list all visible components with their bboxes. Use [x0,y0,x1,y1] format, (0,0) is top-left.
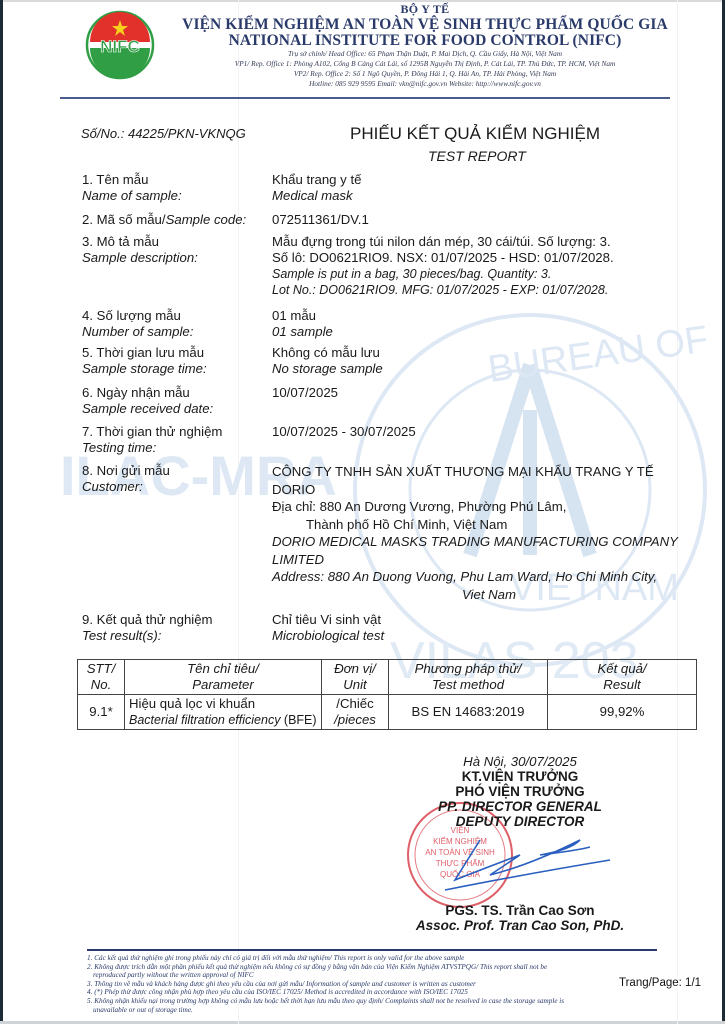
sample-code-label: 2. Mã số mẫu/Sample code: [82,212,282,228]
institute-name-en: NATIONAL INSTITUTE FOR FOOD CONTROL (NIF… [140,33,710,49]
customer-address-vn: Địa chỉ: 880 An Dương Vương, Phường Phú … [272,498,712,516]
header-unit: Đơn vị/Unit [322,660,389,695]
institute-name-vn: VIỆN KIỂM NGHIỆM AN TOÀN VỆ SINH THỰC PH… [140,16,710,33]
footer-notes: 1. Các kết quả thử nghiệm ghi trong phiế… [87,954,647,1014]
storage-time-value: Không có mẫu lưu No storage sample [272,345,712,377]
table-header-row: STT/No. Tên chỉ tiêu/Parameter Đơn vị/Un… [78,660,697,695]
customer-label: 8. Nơi gửi mẫu Customer: [82,463,272,495]
signer-title-vn-1: KT.VIỆN TRƯỞNG [400,769,640,784]
report-title-en: TEST REPORT [428,148,526,164]
report-title-vn: PHIẾU KẾT QUẢ KIỂM NGHIỆM [350,124,600,144]
signer-title-en-1: PP. DIRECTOR GENERAL [400,799,640,814]
test-result-label: 9. Kết quả thử nghiệm Test result(s): [82,612,272,644]
header-method: Phương pháp thử/Test method [389,660,548,695]
header-no: STT/No. [78,660,125,695]
sample-quantity-value: 01 mẫu 01 sample [272,308,712,340]
received-date-label: 6. Ngày nhận mẫu Sample received date: [82,385,272,417]
cell-method: BS EN 14683:2019 [389,695,548,730]
customer-value: CÔNG TY TNHH SẢN XUẤT THƯƠNG MẠI KHẨU TR… [272,463,712,603]
header-divider [60,97,670,99]
cell-result: 99,92% [548,695,697,730]
header-result: Kết quả/Result [548,660,697,695]
footer-divider [87,949,657,951]
fold-line [238,0,239,1024]
test-result-value: Chỉ tiêu Vi sinh vật Microbiological tes… [272,612,712,644]
sample-description-value: Mẫu đựng trong túi nilon dán mép, 30 cái… [272,234,712,298]
ministry-name: BỘ Y TẾ [140,3,710,16]
page-edge-top [0,0,725,2]
testing-time-value: 10/07/2025 - 30/07/2025 [272,424,712,440]
cell-parameter: Hiệu quả lọc vi khuẩn Bacterial filtrati… [125,695,322,730]
customer-name-en: DORIO MEDICAL MASKS TRADING MANUFACTURIN… [272,533,712,551]
received-date-value: 10/07/2025 [272,385,712,401]
signer-name-vn: PGS. TS. Trần Cao Sơn [400,903,640,918]
page-number: Trang/Page: 1/1 [618,977,701,989]
signature-block: Hà Nội, 30/07/2025 KT.VIỆN TRƯỞNG PHÓ VI… [400,754,640,829]
testing-time-label: 7. Thời gian thử nghiệm Testing time: [82,424,272,456]
customer-name-vn: CÔNG TY TNHH SẢN XUẤT THƯƠNG MẠI KHẨU TR… [272,463,712,481]
sample-name-value: Khẩu trang y tế Medical mask [272,172,712,204]
head-office: Trụ sở chính/ Head Office: 65 Phạm Thận … [140,49,710,59]
handwritten-signature [440,835,620,895]
sample-description-label: 3. Mô tả mẫu Sample description: [82,234,272,266]
signer-title-en-2: DEPUTY DIRECTOR [400,814,640,829]
customer-address-en: Address: 880 An Duong Vuong, Phu Lam War… [272,568,712,586]
rep-office-1: VP1/ Rep. Office 1: Phòng A102, Cổng B C… [140,59,710,69]
page-edge-left [0,0,3,1024]
contact-info: Hotline: 085 929 9595 Email: vkn@nifc.go… [140,79,710,89]
place-date: Hà Nội, 30/07/2025 [400,754,640,769]
sample-quantity-label: 4. Số lượng mẫu Number of sample: [82,308,272,340]
table-row: 9.1* Hiệu quả lọc vi khuẩn Bacterial fil… [78,695,697,730]
signer-title-vn-2: PHÓ VIỆN TRƯỞNG [400,784,640,799]
cell-unit: /Chiếc /pieces [322,695,389,730]
signer-name-en: Assoc. Prof. Tran Cao Son, PhD. [400,918,640,933]
sample-name-label: 1. Tên mẫu Name of sample: [82,172,272,204]
sample-code-value: 072511361/DV.1 [272,212,712,228]
header-parameter: Tên chỉ tiêu/Parameter [125,660,322,695]
storage-time-label: 5. Thời gian lưu mẫu Sample storage time… [82,345,272,377]
signer-name-block: PGS. TS. Trần Cao Sơn Assoc. Prof. Tran … [400,903,640,933]
letterhead: BỘ Y TẾ VIỆN KIỂM NGHIỆM AN TOÀN VỆ SINH… [140,3,710,89]
rep-office-2: VP2/ Rep. Office 2: Số 1 Ngô Quyền, P. Đ… [140,69,710,79]
cell-no: 9.1* [78,695,125,730]
results-table: STT/No. Tên chỉ tiêu/Parameter Đơn vị/Un… [77,659,697,730]
report-number: Số/No.: 44225/PKN-VKNQG [81,126,246,141]
logo-text: NIFC [100,37,140,56]
